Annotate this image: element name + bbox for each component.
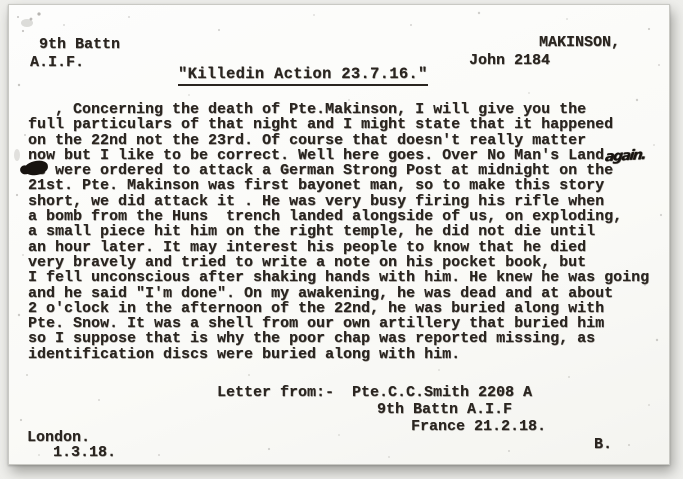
body-line: We were ordered to attack a German Stron… bbox=[28, 163, 668, 178]
header-given-name-number: John 2184 bbox=[469, 52, 550, 69]
paper-sheet: 9th Battn A.I.F. MAKINSON, John 2184 "Ki… bbox=[8, 4, 670, 465]
body-line: Pte. Snow. It was a shell from our own a… bbox=[28, 316, 668, 331]
header-surname: MAKINSON, bbox=[539, 34, 620, 51]
signature-letter-from: Letter from:- Pte.C.C.Smith 2208 A bbox=[217, 384, 532, 401]
document-title: "Killedin Action 23.7.16." bbox=[178, 65, 428, 86]
footer-initial: B. bbox=[594, 436, 612, 453]
body-line: very bravely and tried to write a note o… bbox=[28, 255, 668, 270]
signature-place-date: France 21.2.18. bbox=[411, 418, 546, 435]
body-line: and he said "I'm done". On my awakening,… bbox=[28, 286, 668, 301]
scanned-letter-page: 9th Battn A.I.F. MAKINSON, John 2184 "Ki… bbox=[0, 0, 683, 479]
body-line: , Concerning the death of Pte.Makinson, … bbox=[28, 102, 668, 117]
body-line: an hour later. It may interest his peopl… bbox=[28, 240, 668, 255]
handwritten-annotation: again. bbox=[604, 147, 646, 165]
body-line: on the 22nd not the 23rd. Of course that… bbox=[28, 133, 668, 148]
body-line: short, we did attack it . He was very bu… bbox=[28, 194, 668, 209]
body-line: full particulars of that night and I mig… bbox=[28, 117, 668, 132]
body-line: a bomb from the Huns trench landed along… bbox=[28, 209, 668, 224]
body-line: a small piece hit him on the right templ… bbox=[28, 224, 668, 239]
body-line: 2 o'clock in the afternoon of the 22nd, … bbox=[28, 301, 668, 316]
body-line: I fell unconscious after shaking hands w… bbox=[28, 270, 668, 285]
footer-date: 1.3.18. bbox=[53, 444, 116, 461]
body-line: now but I like to be correct. Well here … bbox=[28, 148, 668, 163]
letter-body: , Concerning the death of Pte.Makinson, … bbox=[28, 102, 668, 362]
body-line: identification discs were buried along w… bbox=[28, 347, 668, 362]
body-line: so I suppose that is why the poor chap w… bbox=[28, 331, 668, 346]
body-line: 21st. Pte. Makinson was first bayonet ma… bbox=[28, 178, 668, 193]
header-unit-line2: A.I.F. bbox=[30, 54, 84, 71]
signature-writer-unit: 9th Battn A.I.F bbox=[377, 401, 512, 418]
header-unit-line1: 9th Battn bbox=[39, 36, 120, 53]
